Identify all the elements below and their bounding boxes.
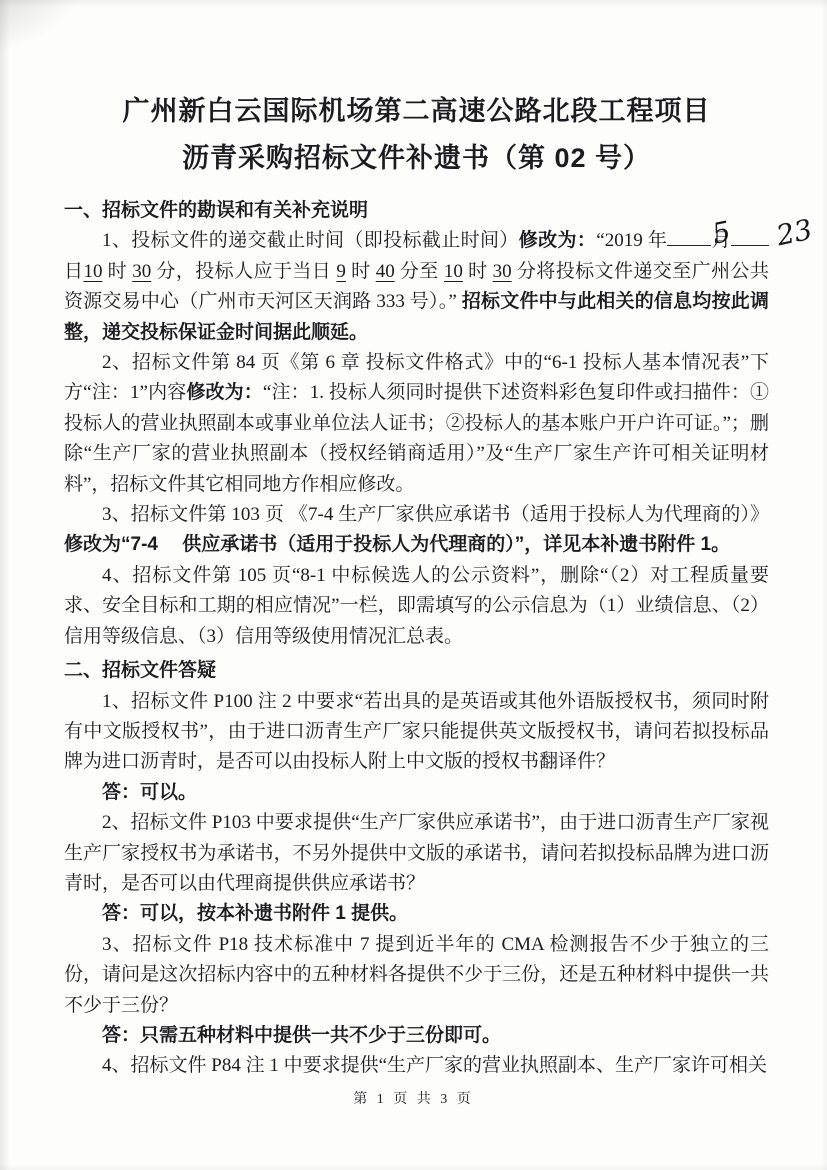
amendment-2: 2、招标文件第 84 页《第 6 章 投标文件格式》中的“6-1 投标人基本情况… xyxy=(64,348,769,500)
text-run: 4、招标文件 P84 注 1 中要求提供“生产厂家的营业执照副本、生产厂家许可相… xyxy=(102,1055,767,1076)
scan-page: 广州新白云国际机场第二高速公路北段工程项目 沥青采购招标文件补遗书（第 02 号… xyxy=(0,0,827,1170)
document-body: 一、招标文件的勘误和有关补充说明1、投标文件的递交截止时间（即投标截止时间）修改… xyxy=(64,196,769,1082)
text-run: 修改为“7-4 供应承诺书（适用于投标人为代理商的）”，详见本补遗书附件 1。 xyxy=(64,534,730,555)
text-run: 一、招标文件的勘误和有关补充说明 xyxy=(64,200,368,221)
text-run: 二、招标文件答疑 xyxy=(64,660,216,681)
text-run: 修改为： xyxy=(186,382,263,403)
text-run: 日 xyxy=(64,261,83,282)
amendment-3: 3、招标文件第 103 页 《7-4 生产厂家供应承诺书（适用于投标人为代理商的… xyxy=(64,500,769,561)
section-2-heading: 二、招标文件答疑 xyxy=(64,656,769,686)
text-run: 3、招标文件第 103 页 《7-4 生产厂家供应承诺书（适用于投标人为代理商的… xyxy=(102,504,769,525)
document-title-line2: 沥青采购招标文件补遗书（第 02 号） xyxy=(64,135,769,182)
text-run: 分，投标人应于当日 xyxy=(151,261,336,282)
text-run: 时 xyxy=(346,261,376,282)
document-title: 广州新白云国际机场第二高速公路北段工程项目 沥青采购招标文件补遗书（第 02 号… xyxy=(64,88,769,182)
page-number: 第 1 页 共 3 页 xyxy=(0,1088,827,1108)
text-run: 40 xyxy=(376,261,395,282)
text-run: 1、招标文件 P100 注 2 中要求“若出具的是英语或其他外语版授权书，须同时… xyxy=(64,691,769,773)
text-run: 30 xyxy=(493,261,512,282)
text-run: 9 xyxy=(336,261,346,282)
text-run: 30 xyxy=(132,261,151,282)
answer-3: 答：只需五种材料中提供一共不少于三份即可。 xyxy=(64,1021,769,1051)
question-3: 3、招标文件 P18 技术标准中 7 提到近半年的 CMA 检测报告不少于独立的… xyxy=(64,930,769,1021)
text-run: 答：可以。 xyxy=(102,782,197,803)
text-run: 时 xyxy=(463,261,493,282)
text-run: 答：可以，按本补遗书附件 1 提供。 xyxy=(102,903,408,924)
amendment-4: 4、招标文件第 105 页“8-1 中标候选人的公示资料”，删除“（2）对工程质… xyxy=(64,561,769,652)
document-title-line1: 广州新白云国际机场第二高速公路北段工程项目 xyxy=(64,88,769,135)
question-2: 2、招标文件 P103 中要求提供“生产厂家供应承诺书”，由于进口沥青生产厂家视… xyxy=(64,808,769,899)
text-run: 分至 xyxy=(395,261,444,282)
handwritten-date-value: 5 xyxy=(667,228,711,246)
text-run: 10 xyxy=(83,261,102,282)
text-run: 时 xyxy=(102,261,132,282)
question-1: 1、招标文件 P100 注 2 中要求“若出具的是英语或其他外语版授权书，须同时… xyxy=(64,687,769,778)
text-run: 1、投标文件的递交截止时间（即投标截止时间） xyxy=(102,230,519,251)
text-run: 2、招标文件 P103 中要求提供“生产厂家供应承诺书”，由于进口沥青生产厂家视… xyxy=(64,812,769,894)
answer-1: 答：可以。 xyxy=(64,778,769,808)
text-run: 10 xyxy=(444,261,463,282)
question-4: 4、招标文件 P84 注 1 中要求提供“生产厂家的营业执照副本、生产厂家许可相… xyxy=(64,1051,769,1081)
document: 广州新白云国际机场第二高速公路北段工程项目 沥青采购招标文件补遗书（第 02 号… xyxy=(64,88,769,1082)
text-run: 3、招标文件 P18 技术标准中 7 提到近半年的 CMA 检测报告不少于独立的… xyxy=(64,934,769,1016)
section-1-heading: 一、招标文件的勘误和有关补充说明 xyxy=(64,196,769,226)
handwritten-date-value: 23 xyxy=(731,228,769,246)
text-run: 修改为： xyxy=(519,230,597,251)
answer-2: 答：可以，按本补遗书附件 1 提供。 xyxy=(64,899,769,929)
text-run: 4、招标文件第 105 页“8-1 中标候选人的公示资料”，删除“（2）对工程质… xyxy=(64,565,769,647)
amendment-1: 1、投标文件的递交截止时间（即投标截止时间）修改为：“2019 年5月23日10… xyxy=(64,226,769,348)
text-run: 答：只需五种材料中提供一共不少于三份即可。 xyxy=(102,1025,501,1046)
text-run: “2019 年 xyxy=(596,230,667,251)
